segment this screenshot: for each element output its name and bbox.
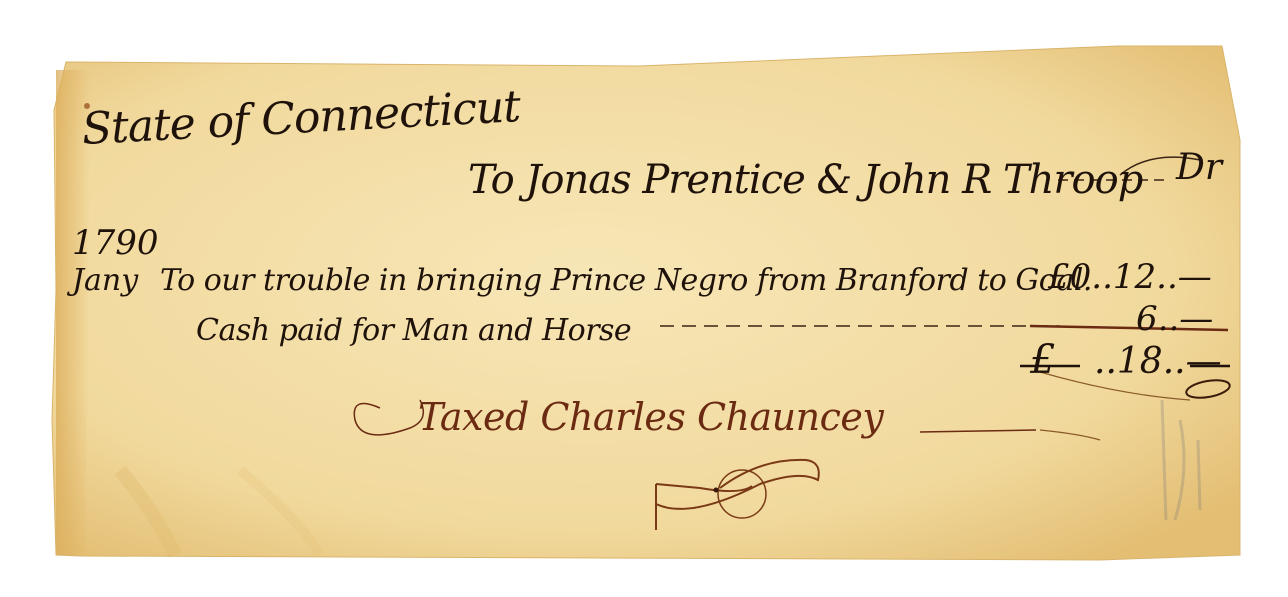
endorsement-signature: Taxed Charles Chauncey (418, 398, 883, 436)
document-paper: State of Connecticut To Jonas Prentice &… (0, 0, 1288, 597)
paper-background (0, 0, 1288, 597)
entry-amount: £0..12..— (1048, 260, 1212, 294)
entry-description: To our trouble in bringing Prince Negro … (160, 266, 1092, 296)
total-currency-symbol: £ (1030, 340, 1055, 380)
entry-date: Jany (72, 266, 138, 296)
entry-year: 1790 (72, 226, 159, 260)
entry-amount: 6..— (1136, 302, 1213, 336)
total-amount: ..18..— (1094, 344, 1222, 380)
payee-line: To Jonas Prentice & John R Throop (468, 160, 1142, 200)
entry-description: Cash paid for Man and Horse (196, 316, 631, 346)
debtor-abbrev: Dr (1176, 150, 1222, 186)
